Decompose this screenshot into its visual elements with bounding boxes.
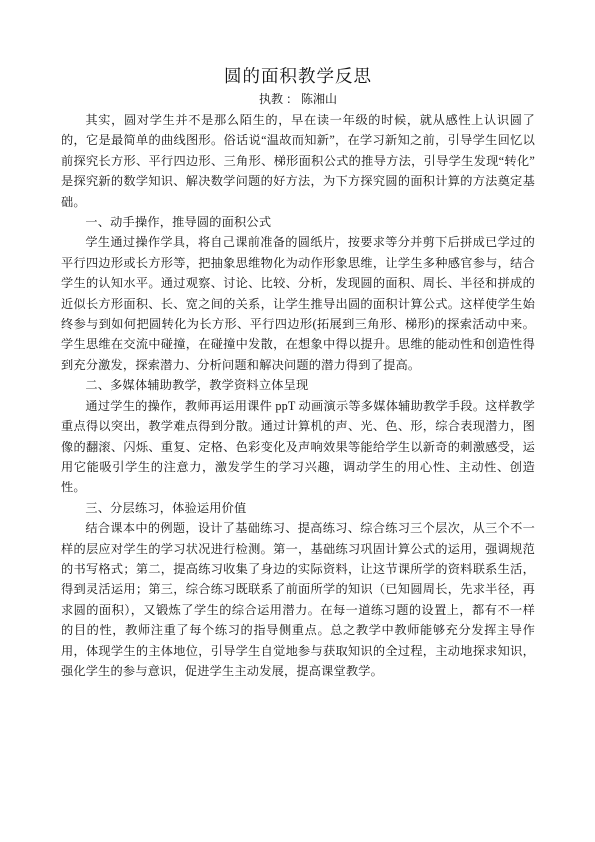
- document-page: 圆的面积教学反思 执教 ： 陈湘山 其实，圆对学生并不是那么陌生的，早在读一年级…: [0, 0, 595, 842]
- document-byline: 执教 ： 陈湘山: [61, 91, 535, 108]
- section-1-paragraph: 学生通过操作学具，将自己课前准备的圆纸片，按要求等分并剪下后拼成已学过的平行四边…: [61, 232, 535, 375]
- section-1-heading: 一、动手操作，推导圆的面积公式: [61, 212, 535, 232]
- section-2-heading: 二、多媒体辅助教学，教学资料立体呈现: [61, 375, 535, 395]
- section-3-paragraph: 结合课本中的例题，设计了基础练习、提高练习、综合练习三个层次，从三个不一样的层应…: [61, 518, 535, 681]
- section-3-heading: 三、分层练习，体验运用价值: [61, 498, 535, 518]
- document-title: 圆的面积教学反思: [61, 64, 535, 88]
- section-2-paragraph: 通过学生的操作，教师再运用课件 ppT 动画演示等多媒体辅助教学手段。这样教学重…: [61, 396, 535, 498]
- intro-paragraph: 其实，圆对学生并不是那么陌生的，早在读一年级的时候，就从感性上认识圆了的，它是最…: [61, 110, 535, 212]
